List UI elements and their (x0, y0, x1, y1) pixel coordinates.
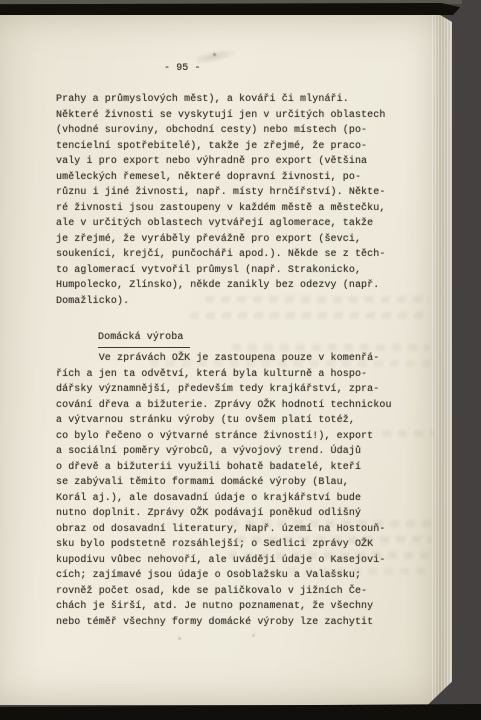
ink-speck (178, 637, 181, 640)
bleed-through-artifact (228, 552, 433, 559)
ink-speck (213, 53, 216, 56)
bleed-through-artifact (240, 568, 430, 575)
paragraph-1: Prahy a průmyslových měst), a kováři či … (56, 92, 385, 309)
bleed-through-artifact (150, 360, 432, 367)
bleed-through-artifact (236, 536, 432, 543)
paragraph-2: Ve zprávách OŽK je zastoupena pouze v ko… (56, 351, 392, 630)
book-cover-edge-top (0, 3, 460, 15)
section-heading-label: Domácká výroba (98, 330, 190, 348)
page-edge-stack (432, 13, 452, 705)
bleed-through-artifact (230, 520, 432, 527)
bleed-through-artifact (190, 312, 430, 319)
book-cover-edge-bottom (0, 704, 481, 720)
ink-smudge (195, 46, 239, 66)
bleed-through-artifact (382, 430, 434, 437)
bleed-through-artifact (232, 344, 430, 351)
ink-speck (252, 634, 255, 637)
book-page: - 95 - Prahy a průmyslových měst), a kov… (0, 13, 452, 705)
scanned-book-photo: - 95 - Prahy a průmyslových měst), a kov… (0, 0, 481, 720)
page-number: - 95 - (164, 61, 201, 77)
section-heading: Domácká výroba (98, 330, 190, 348)
bleed-through-artifact (205, 296, 430, 303)
